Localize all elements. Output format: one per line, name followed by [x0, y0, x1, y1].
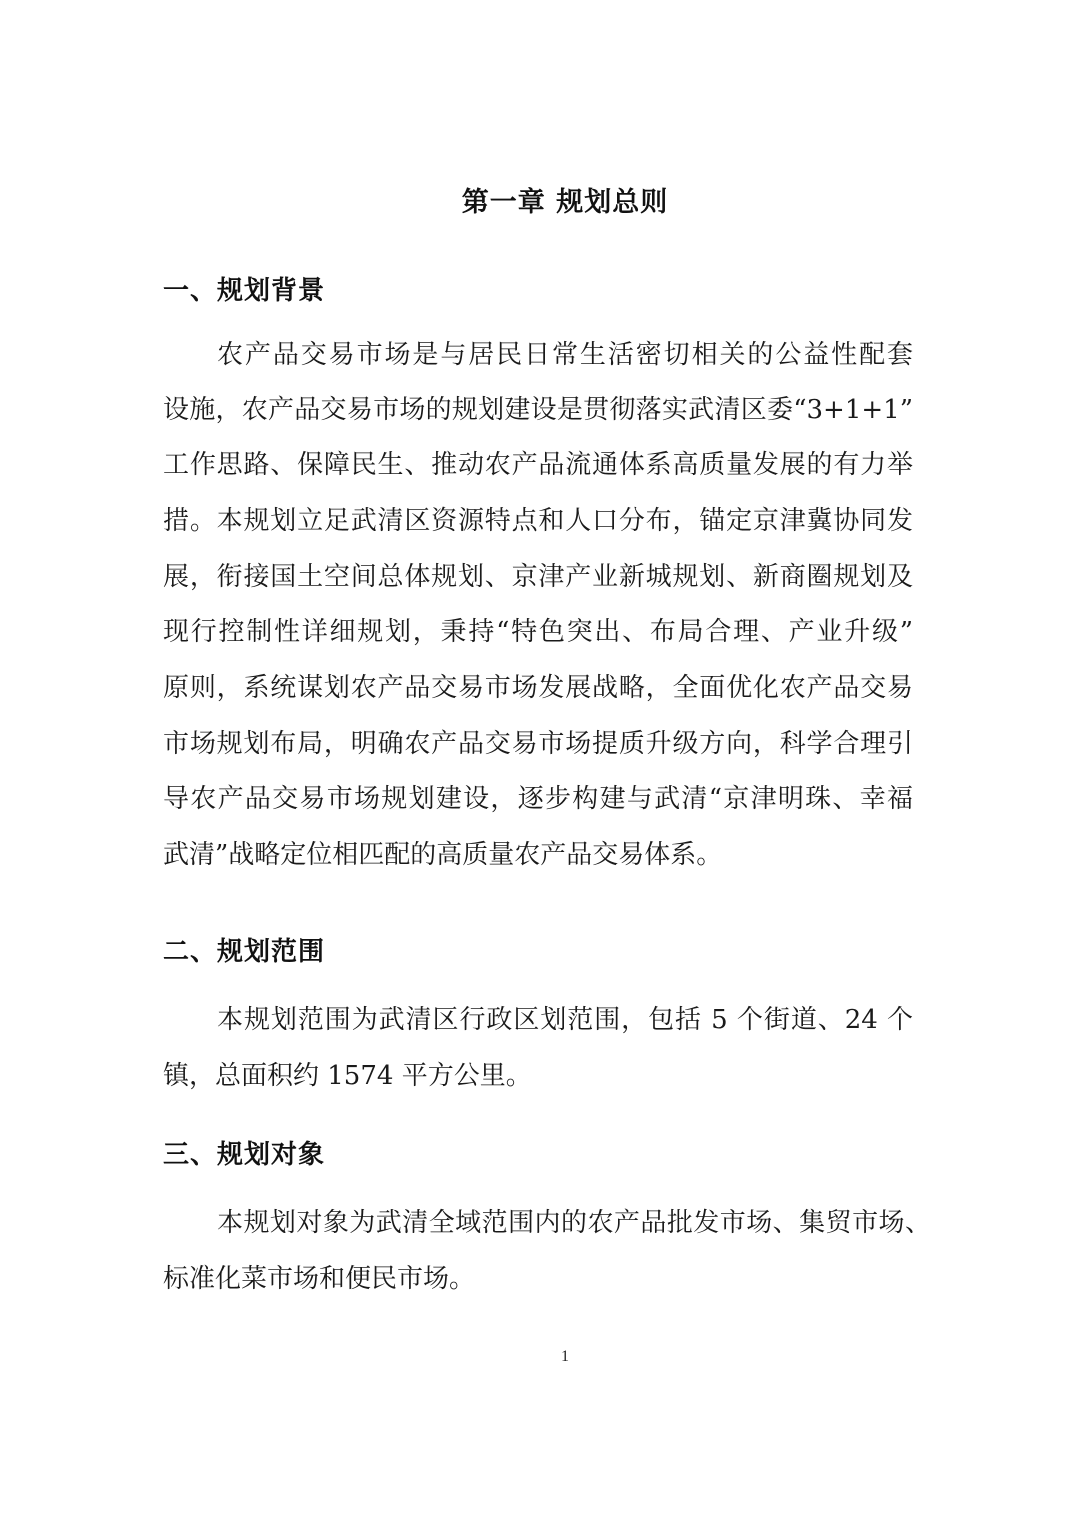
paragraph-line: 本规划对象为武清全域范围内的农产品批发市场、集贸市场、 — [217, 1206, 931, 1240]
paragraph-line: 措。本规划立足武清区资源特点和人口分布，锚定京津冀协同发 — [163, 504, 913, 538]
paragraph-line: 原则，系统谋划农产品交易市场发展战略，全面优化农产品交易 — [163, 671, 913, 705]
paragraph-line: 镇，总面积约 1574 平方公里。 — [163, 1059, 913, 1093]
section-heading-objects: 三、规划对象 — [163, 1134, 325, 1171]
paragraph-line: 本规划范围为武清区行政区划范围，包括 5 个街道、24 个 — [217, 1003, 913, 1037]
paragraph-line: 标准化菜市场和便民市场。 — [163, 1262, 913, 1296]
paragraph-line: 导农产品交易市场规划建设，逐步构建与武清“京津明珠、幸福 — [163, 782, 913, 816]
paragraph-line: 市场规划布局，明确农产品交易市场提质升级方向，科学合理引 — [163, 727, 913, 761]
paragraph-line: 设施，农产品交易市场的规划建设是贯彻落实武清区委“3+1+1” — [163, 393, 913, 427]
paragraph-line: 工作思路、保障民生、推动农产品流通体系高质量发展的有力举 — [163, 448, 913, 482]
document-page: 第一章 规划总则 一、规划背景 农产品交易市场是与居民日常生活密切相关的公益性配… — [0, 0, 1074, 1520]
page-number: 1 — [0, 1348, 1074, 1366]
chapter-title: 第一章 规划总则 — [0, 180, 1074, 219]
paragraph-line: 农产品交易市场是与居民日常生活密切相关的公益性配套 — [217, 338, 913, 372]
section-heading-background: 一、规划背景 — [163, 270, 325, 307]
paragraph-line: 现行控制性详细规划，秉持“特色突出、布局合理、产业升级” — [163, 615, 913, 649]
paragraph-line: 武清”战略定位相匹配的高质量农产品交易体系。 — [163, 838, 913, 872]
paragraph-line: 展，衔接国土空间总体规划、京津产业新城规划、新商圈规划及 — [163, 560, 913, 594]
section-heading-scope: 二、规划范围 — [163, 931, 325, 968]
